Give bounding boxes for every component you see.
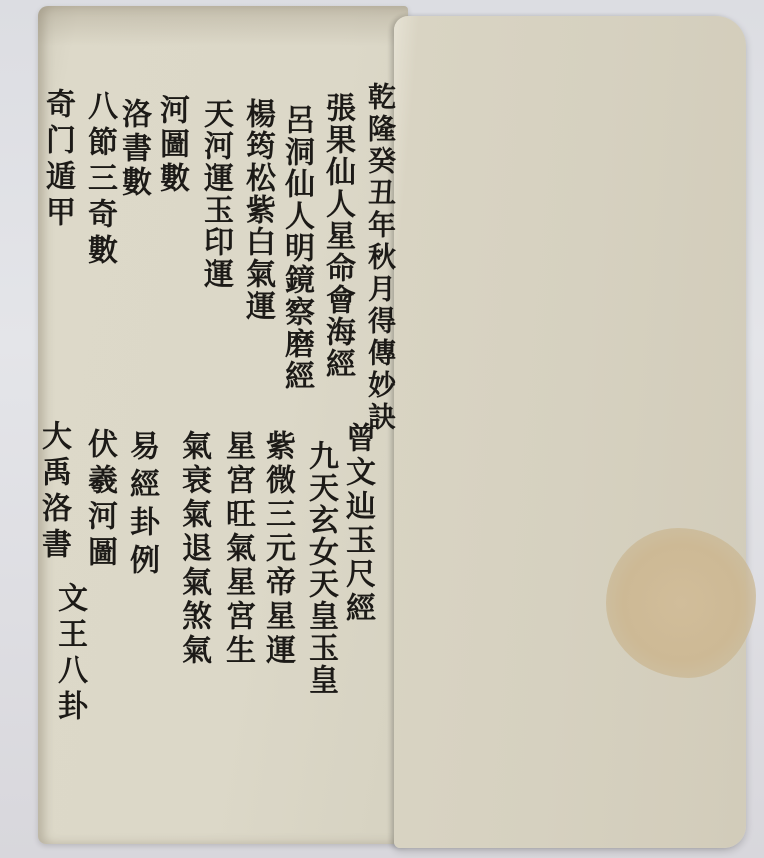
text-column: 氣衰氣退氣煞氣	[178, 430, 208, 668]
text-column: 文王八卦	[54, 582, 84, 726]
text-column: 天河運玉印運	[200, 98, 230, 290]
text-column: 易經卦例	[126, 430, 156, 582]
text-column: 八節三奇數	[84, 90, 114, 270]
text-column: 河圖數	[156, 94, 186, 196]
text-column: 紫微三元帝星運	[262, 430, 292, 668]
text-column: 曾文辿玉尺經	[342, 422, 372, 626]
colophon-column: 乾隆癸丑年秋月得傳妙訣	[366, 82, 394, 434]
right-page-blank	[394, 16, 746, 848]
text-column: 呂洞仙人明鏡察磨經	[281, 104, 311, 392]
text-column: 九天玄女天皇玉皇	[305, 440, 335, 696]
text-column: 楊筠松紫白氣運	[242, 98, 272, 322]
text-column: 洛書數	[118, 98, 148, 200]
text-column: 奇门遁甲	[42, 88, 72, 232]
text-column: 星宮旺氣星宮生	[222, 430, 252, 668]
text-column: 張果仙人星命會海經	[322, 92, 352, 380]
text-column: 大禹洛書	[38, 420, 68, 564]
text-column: 伏羲河圖	[84, 428, 114, 572]
